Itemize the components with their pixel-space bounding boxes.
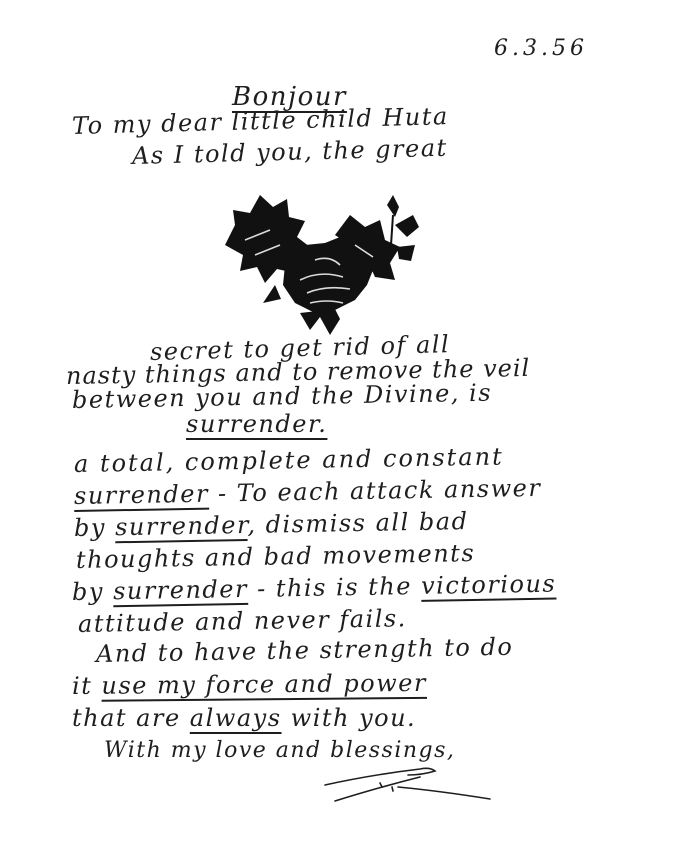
underlined-surrender: surrender xyxy=(115,511,248,541)
underlined-surrender: surrender xyxy=(74,480,209,510)
underlined-always: always xyxy=(190,704,282,732)
letter-line-2: As I told you, the great xyxy=(132,134,448,170)
line-15-rest: with you. xyxy=(282,704,417,732)
letter-line-5: between you and the Divine, is xyxy=(72,379,493,414)
letter-line-7: a total, complete and constant xyxy=(74,443,504,478)
letter-line-10: thoughts and bad movements xyxy=(76,539,476,574)
closing-line: With my love and blessings, xyxy=(104,738,455,763)
letter-line-13: And to have the strength to do xyxy=(96,633,514,668)
line-8-rest: - To each attack answer xyxy=(209,474,542,508)
letter-line-12: attitude and never fails. xyxy=(78,604,407,638)
underlined-surrender: surrender xyxy=(113,575,248,605)
letter-date: 6.3.56 xyxy=(494,36,588,61)
letter-line-6: surrender. xyxy=(186,410,327,438)
letter-line-15: that are always with you. xyxy=(72,704,416,732)
line-9-rest: , dismiss all bad xyxy=(247,507,469,539)
signature-icon xyxy=(310,765,510,815)
letter-page: 6.3.56 Bonjour To my dear little child H… xyxy=(0,0,676,842)
line-11-mid: - this is the xyxy=(248,572,422,603)
underlined-victorious: victorious xyxy=(421,570,557,600)
letter-line-9: by surrender, dismiss all bad xyxy=(74,507,469,542)
line-14-start: it xyxy=(72,672,102,700)
letter-line-11: by surrender - this is the victorious xyxy=(72,570,557,606)
line-15-start: that are xyxy=(72,704,190,732)
line-9-start: by xyxy=(74,513,116,542)
rose-illustration-icon xyxy=(215,185,425,345)
letter-line-14: it use my force and power xyxy=(72,669,427,700)
letter-line-8: surrender - To each attack answer xyxy=(74,474,542,510)
line-11-start: by xyxy=(72,577,114,606)
underlined-force-power: use my force and power xyxy=(101,669,427,700)
